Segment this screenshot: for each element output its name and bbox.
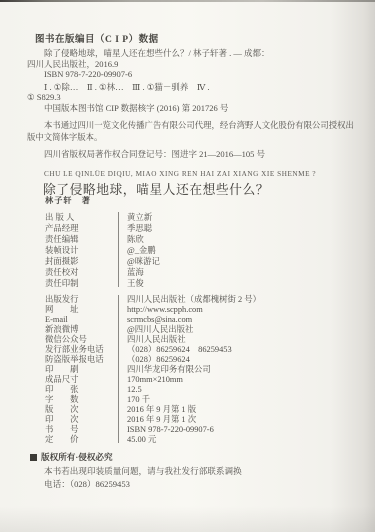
- table-row: 责任编辑陈欣: [45, 233, 345, 244]
- scan-edge: [0, 0, 375, 2]
- title-pinyin: CHU LE QINLÜE DIQIU, MIAO XING REN HAI Z…: [44, 170, 316, 178]
- book-author: 林子轩 著: [45, 195, 91, 206]
- cip-title-line: 除了侵略地球，喵星人还在想些什么？/ 林子轩著 . — 成都：: [27, 48, 357, 59]
- quality-notice-line: 本书若出现印装质量问题，请与我社发行部联系调换: [30, 465, 350, 479]
- row-value: http://www.scpph.com: [118, 305, 203, 314]
- table-row: 产品经理季思聪: [45, 222, 345, 233]
- table-row: 装帧设计@_金鹏: [45, 244, 345, 255]
- contact-phone-line: 电话：（028）86259453: [30, 478, 350, 492]
- copyright-registration-line: 四川省版权局著作权合同登记号：图进字 21—2016—105 号: [44, 148, 265, 160]
- row-value: 45.00 元: [118, 433, 156, 445]
- row-value: 170mm×210mm: [118, 375, 183, 384]
- row-value: 四川人民出版社（成都槐树街 2 号）: [118, 293, 261, 305]
- cip-isbn-line: ISBN 978-7-220-09907-6: [27, 69, 357, 80]
- table-row: 封面摄影@咪游记: [45, 255, 345, 266]
- row-value: 王俊: [118, 277, 144, 289]
- table-row: 定 价45.00 元: [45, 434, 345, 444]
- scan-shadow: [0, 506, 375, 532]
- table-row: 网 址http://www.scpph.com: [45, 304, 345, 314]
- row-value: 四川华龙印务有限公司: [118, 363, 211, 375]
- copyright-footer: 版权所有·侵权必究 本书若出现印装质量问题，请与我社发行部联系调换 电话：（02…: [30, 451, 350, 492]
- table-row: 责任印制王俊: [45, 277, 345, 288]
- book-copyright-page: 图书在版编目（C I P）数据 除了侵略地球，喵星人还在想些什么？/ 林子轩著 …: [0, 0, 375, 532]
- copyright-notice-line: 版权所有·侵权必究: [30, 451, 350, 465]
- cip-block: 除了侵略地球，喵星人还在想些什么？/ 林子轩著 . — 成都： 四川人民出版社，…: [27, 48, 357, 113]
- filled-square-icon: [30, 454, 37, 461]
- row-value: 2016 年 9 月第 1 次: [118, 413, 196, 425]
- cip-record-line: 中国版本图书馆 CIP 数据核字 (2016) 第 201726 号: [27, 103, 357, 114]
- table-row: 责任校对蓝海: [45, 266, 345, 277]
- cip-header: 图书在版编目（C I P）数据: [35, 31, 159, 45]
- row-label: 定 价: [45, 433, 118, 445]
- cip-classification-line: Ⅰ . ①除… Ⅱ . ①林… Ⅲ . ①猫－驯养 Ⅳ .: [27, 82, 357, 93]
- copyright-notice: 版权所有·侵权必究: [41, 451, 113, 465]
- row-label: 责任印制: [45, 277, 118, 289]
- table-row: 出 版 人黄立新: [45, 211, 345, 222]
- cip-class-number-line: ① S829.3: [27, 92, 357, 103]
- credits-table: 出 版 人黄立新 产品经理季思聪 责任编辑陈欣 装帧设计@_金鹏 封面摄影@咪游…: [45, 211, 345, 288]
- publishing-table: 出版发行四川人民出版社（成都槐树街 2 号） 网 址http://www.scp…: [45, 294, 345, 444]
- row-label: 网 址: [45, 303, 118, 315]
- license-paragraph: 本书通过四川一览文化传播广告有限公司代理，经台湾野人文化股份有限公司授权出版中文…: [27, 120, 355, 143]
- cip-publisher-line: 四川人民出版社，2016.9: [27, 59, 357, 70]
